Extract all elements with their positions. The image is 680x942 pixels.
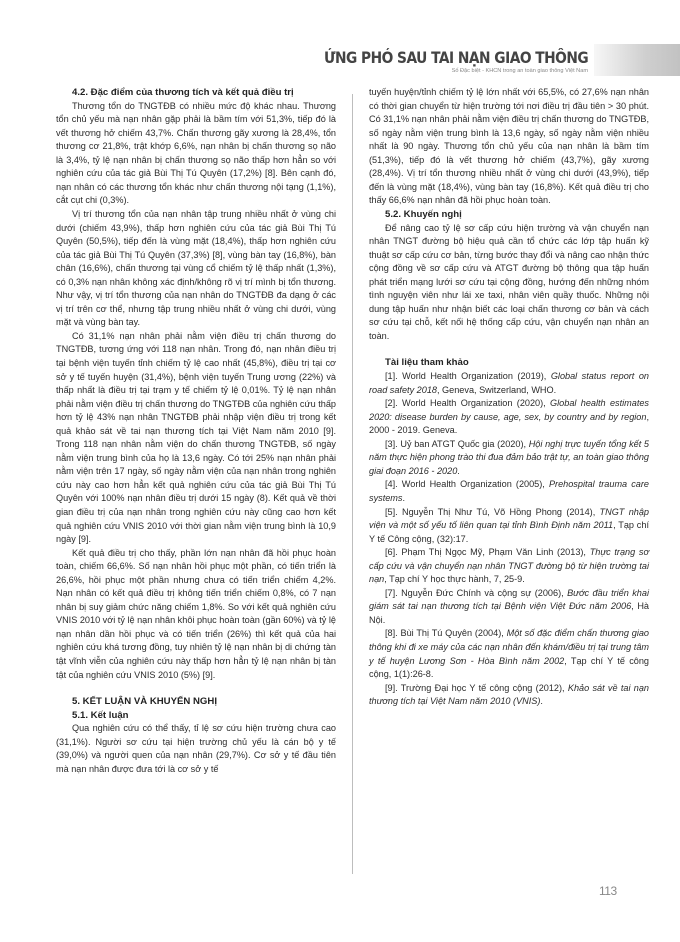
section-5-heading: 5. KẾT LUẬN VÀ KHUYẾN NGHỊ (56, 695, 336, 709)
running-header: ỨNG PHÓ SAU TAI NẠN GIAO THÔNG Số Đặc bi… (0, 44, 680, 84)
section-5-1-heading: 5.1. Kết luận (56, 709, 336, 723)
reference-item: [8]. Bùi Thị Tú Quyên (2004), Một số đặc… (369, 627, 649, 681)
reference-item: [9]. Trường Đại học Y tế công cộng (2012… (369, 682, 649, 709)
reference-item: [1]. World Health Organization (2019), G… (369, 370, 649, 397)
references-heading: Tài liệu tham khảo (369, 356, 649, 370)
spacer (369, 343, 649, 356)
reference-item: [6]. Phạm Thị Ngọc Mỹ, Phạm Văn Linh (20… (369, 546, 649, 587)
reference-item: [4]. World Health Organization (2005), P… (369, 478, 649, 505)
paragraph: Có 31,1% nạn nhân phải nằm viện điều trị… (56, 330, 336, 547)
paragraph: Kết quả điều trị cho thấy, phần lớn nạn … (56, 547, 336, 682)
section-5-2-heading: 5.2. Khuyến nghị (369, 208, 649, 222)
paragraph: Vị trí thương tổn của nạn nhân tập trung… (56, 208, 336, 330)
column-divider (352, 94, 353, 874)
left-column: 4.2. Đặc điểm của thương tích và kết quả… (56, 86, 336, 776)
header-title: ỨNG PHÓ SAU TAI NẠN GIAO THÔNG (324, 48, 588, 67)
paragraph: tuyến huyện/tỉnh chiếm tỷ lệ lớn nhất vớ… (369, 86, 649, 208)
header-subtitle: Số Đặc biệt - KHCN trong an toàn giao th… (452, 68, 588, 74)
header-gradient-bar (594, 44, 680, 76)
paragraph: Qua nghiên cứu có thể thấy, tỉ lệ sơ cứu… (56, 722, 336, 776)
reference-item: [5]. Nguyễn Thị Như Tú, Võ Hồng Phong (2… (369, 506, 649, 547)
section-4-2-heading: 4.2. Đặc điểm của thương tích và kết quả… (56, 86, 336, 100)
spacer (56, 682, 336, 695)
paragraph: Thương tổn do TNGTĐB có nhiều mức độ khá… (56, 100, 336, 208)
reference-list: [1]. World Health Organization (2019), G… (369, 370, 649, 709)
reference-item: [3]. Uỷ ban ATGT Quốc gia (2020), Hội ng… (369, 438, 649, 479)
paragraph: Để nâng cao tỷ lệ sơ cấp cứu hiện trường… (369, 222, 649, 344)
right-column: tuyến huyện/tỉnh chiếm tỷ lệ lớn nhất vớ… (369, 86, 649, 709)
page-number: 113 (599, 884, 617, 898)
reference-item: [2]. World Health Organization (2020), G… (369, 397, 649, 438)
reference-item: [7]. Nguyễn Đức Chính và cộng sự (2006),… (369, 587, 649, 628)
